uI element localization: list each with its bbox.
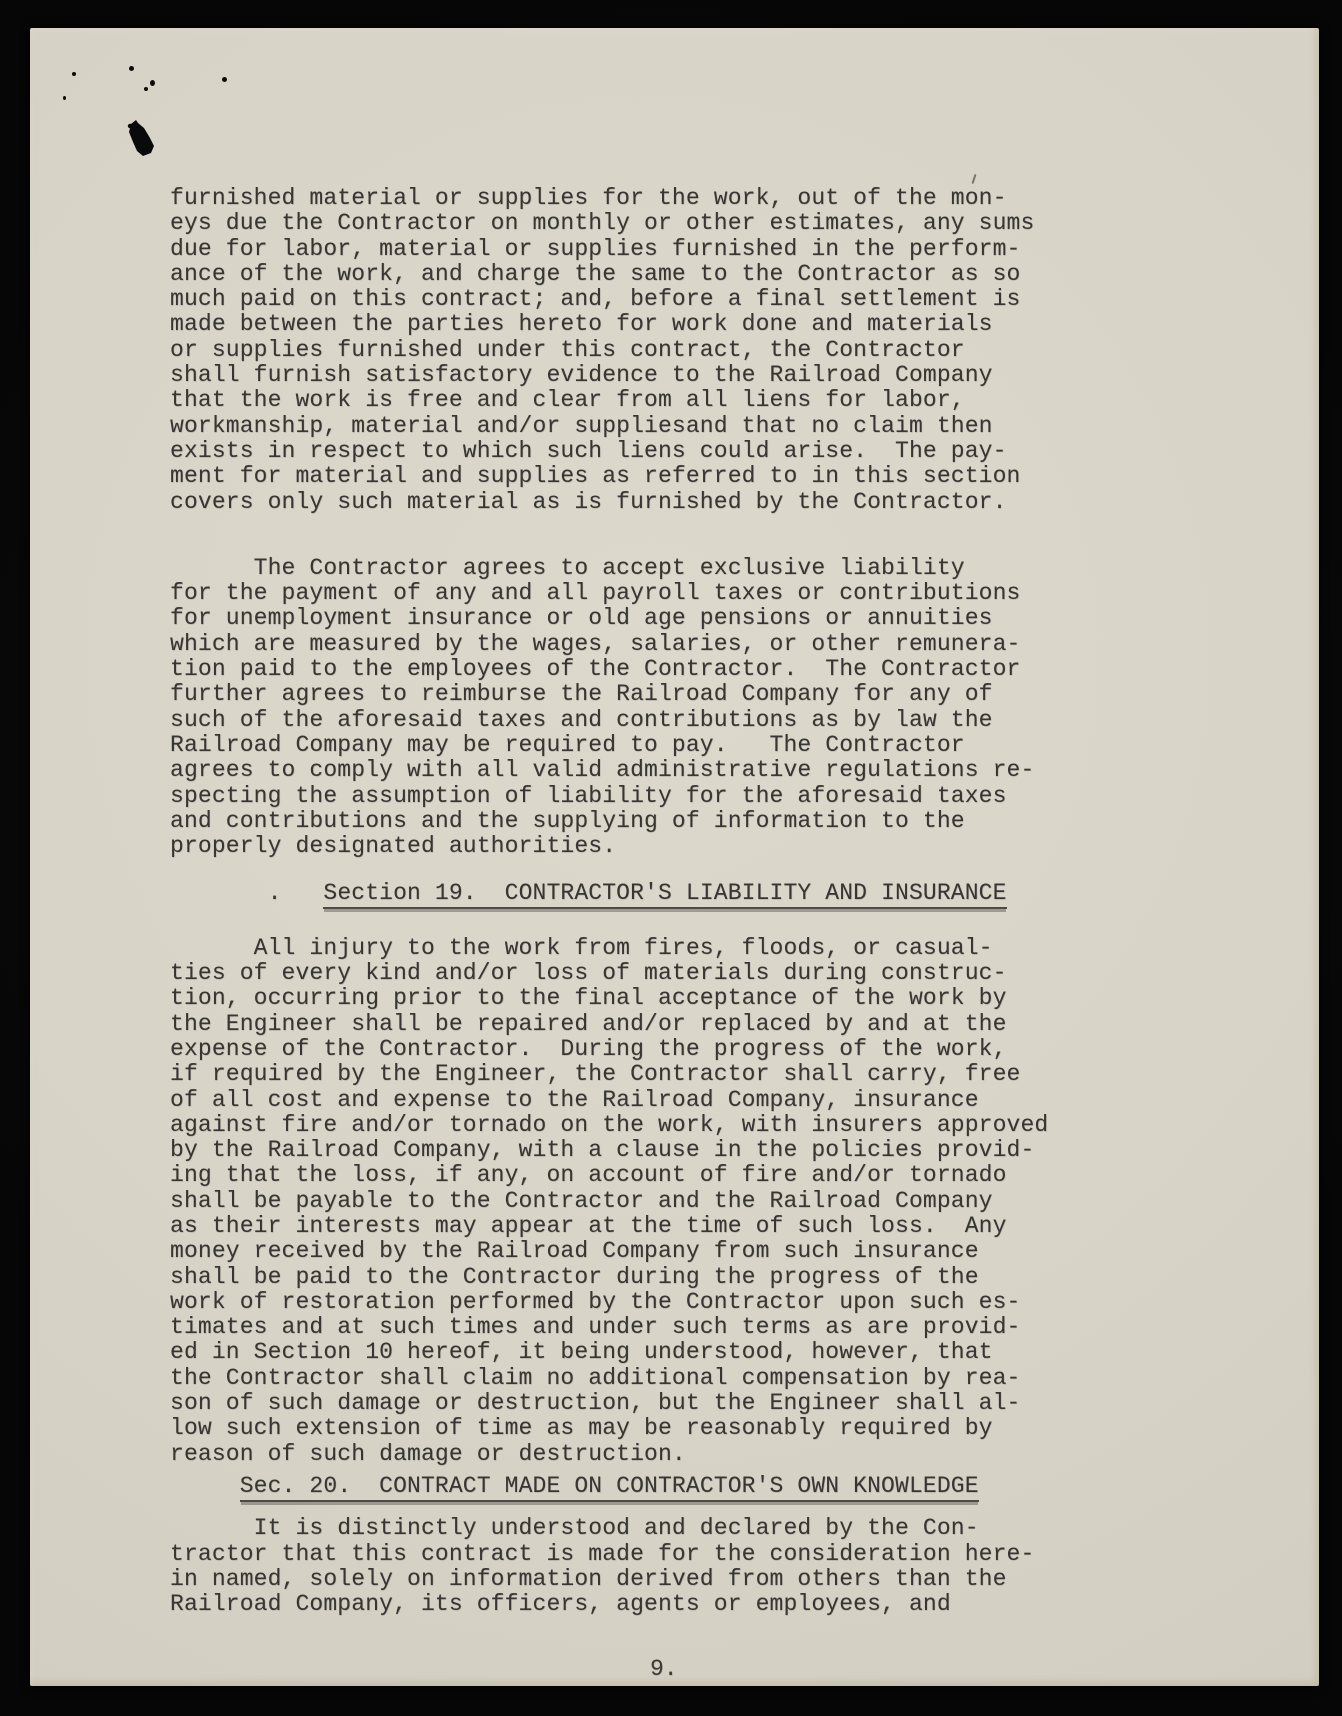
text-line: ed in Section 10 hereof, it being unders… [170,1340,1070,1365]
text-line: reason of such damage or destruction. [170,1442,1070,1467]
text-line: shall furnish satisfactory evidence to t… [170,363,1070,388]
text-line: son of such damage or destruction, but t… [170,1391,1070,1416]
text-line: tion, occurring prior to the final accep… [170,986,1070,1011]
text-line: such of the aforesaid taxes and contribu… [170,708,1070,733]
paragraph: It is distinctly understood and declared… [170,1516,1070,1617]
text-line: Railroad Company, its officers, agents o… [170,1592,1070,1617]
text-line: and contributions and the supplying of i… [170,809,1070,834]
text-line: properly designated authorities. [170,834,1070,859]
section-heading: Sec. 20. CONTRACT MADE ON CONTRACTOR'S O… [170,1474,1070,1499]
text-line: of all cost and expense to the Railroad … [170,1088,1070,1113]
text-line: against fire and/or tornado on the work,… [170,1113,1070,1138]
text-line: the Engineer shall be repaired and/or re… [170,1012,1070,1037]
heading-title: Section 19. CONTRACTOR'S LIABILITY AND I… [323,880,1006,909]
text-line: ance of the work, and charge the same to… [170,262,1070,287]
text-line: as their interests may appear at the tim… [170,1214,1070,1239]
text-line: for unemployment insurance or old age pe… [170,606,1070,631]
text-line: ing that the loss, if any, on account of… [170,1163,1070,1188]
text-line: that the work is free and clear from all… [170,388,1070,413]
text-line: tractor that this contract is made for t… [170,1542,1070,1567]
text-line: agrees to comply with all valid administ… [170,758,1070,783]
text-line: specting the assumption of liability for… [170,784,1070,809]
ink-dot [150,80,155,86]
text-line: shall be paid to the Contractor during t… [170,1265,1070,1290]
text-line: ties of every kind and/or loss of materi… [170,961,1070,986]
text-line: timates and at such times and under such… [170,1315,1070,1340]
text-line: The Contractor agrees to accept exclusiv… [170,556,1070,581]
ink-dot [144,87,148,91]
text-line: It is distinctly understood and declared… [170,1516,1070,1541]
section-heading: . Section 19. CONTRACTOR'S LIABILITY AND… [170,881,1070,906]
text-line: tion paid to the employees of the Contra… [170,657,1070,682]
scan-background: furnished material or supplies for the w… [0,0,1342,1716]
text-line: or supplies furnished under this contrac… [170,338,1070,363]
text-line: workmanship, material and/or suppliesand… [170,414,1070,439]
ink-blot [124,120,158,156]
ink-dot [129,66,134,71]
heading-line: Sec. 20. CONTRACT MADE ON CONTRACTOR'S O… [170,1474,1070,1499]
text-line: by the Railroad Company, with a clause i… [170,1138,1070,1163]
text-line: low such extension of time as may be rea… [170,1416,1070,1441]
text-line: furnished material or supplies for the w… [170,186,1070,211]
document-page: furnished material or supplies for the w… [30,28,1319,1686]
heading-lead [170,1473,240,1499]
paragraph: All injury to the work from fires, flood… [170,936,1070,1467]
paragraph: The Contractor agrees to accept exclusiv… [170,556,1070,860]
text-line: money received by the Railroad Company f… [170,1239,1070,1264]
ink-dot [63,96,66,100]
paragraph: furnished material or supplies for the w… [170,186,1070,515]
document-body: furnished material or supplies for the w… [170,186,1070,1617]
text-line: for the payment of any and all payroll t… [170,581,1070,606]
text-line: covers only such material as is furnishe… [170,490,1070,515]
text-line: Railroad Company may be required to pay.… [170,733,1070,758]
page-number: 9. [650,1656,678,1682]
ink-dot [72,72,76,76]
text-line: the Contractor shall claim no additional… [170,1366,1070,1391]
ink-dot [222,77,227,82]
text-line: shall be payable to the Contractor and t… [170,1189,1070,1214]
heading-lead: . [170,880,323,906]
text-line: due for labor, material or supplies furn… [170,237,1070,262]
text-line: much paid on this contract; and, before … [170,287,1070,312]
text-line: eys due the Contractor on monthly or oth… [170,211,1070,236]
text-line: ment for material and supplies as referr… [170,464,1070,489]
stray-mark [972,174,977,184]
text-line: work of restoration performed by the Con… [170,1290,1070,1315]
heading-title: Sec. 20. CONTRACT MADE ON CONTRACTOR'S O… [240,1473,979,1502]
text-line: All injury to the work from fires, flood… [170,936,1070,961]
text-line: exists in respect to which such liens co… [170,439,1070,464]
text-line: in named, solely on information derived … [170,1567,1070,1592]
text-line: made between the parties hereto for work… [170,312,1070,337]
text-line: which are measured by the wages, salarie… [170,632,1070,657]
text-line: if required by the Engineer, the Contrac… [170,1062,1070,1087]
text-line: further agrees to reimburse the Railroad… [170,682,1070,707]
text-line: expense of the Contractor. During the pr… [170,1037,1070,1062]
heading-line: . Section 19. CONTRACTOR'S LIABILITY AND… [170,881,1070,906]
